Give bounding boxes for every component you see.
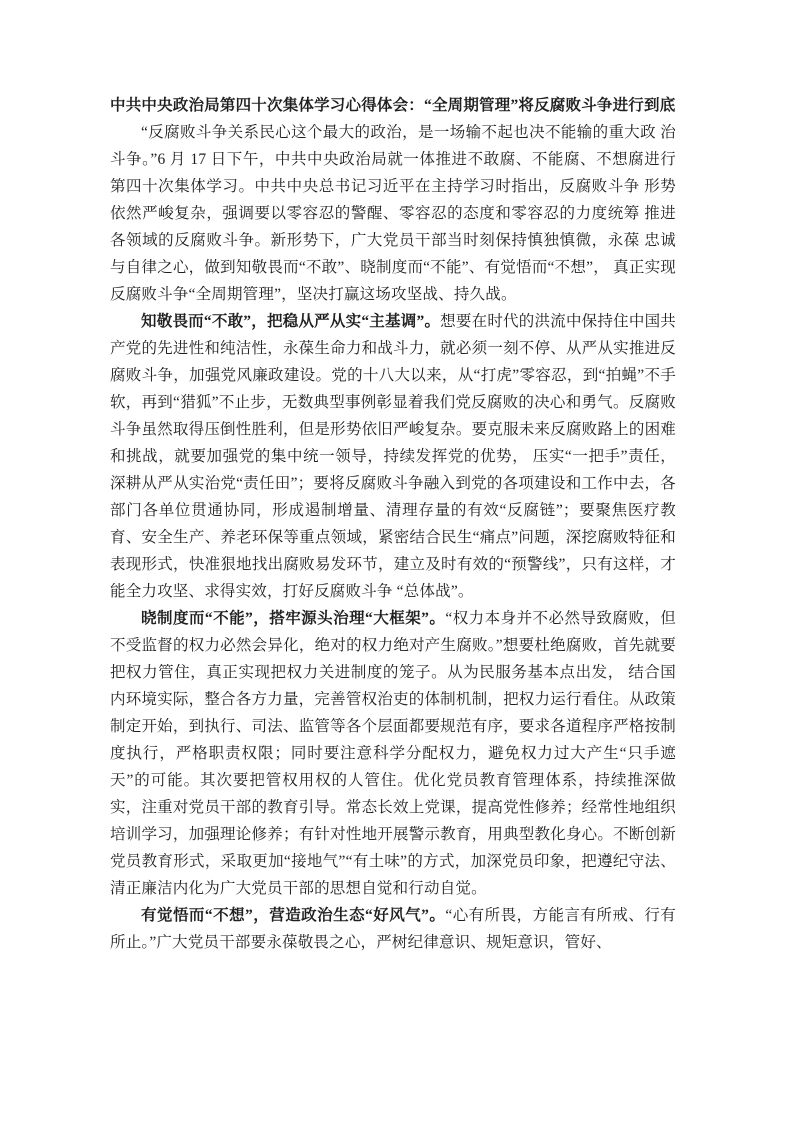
- paragraph-buneng-text: “权力本身并不必然导致腐败，但不受监督的权力必然会异化，绝对的权力绝对产生腐败。…: [110, 610, 676, 897]
- document-body: 中共中央政治局第四十次集体学习心得体会：“全周期管理”将反腐败斗争进行到底 “反…: [110, 92, 676, 956]
- paragraph-buneng: 晓制度而“不能”，搭牢源头治理“大框架”。“权力本身并不必然导致腐败，但不受监督…: [110, 605, 676, 902]
- paragraph-buxiang-lead: 有觉悟而“不想”，营造政治生态“好风气”。: [141, 907, 445, 924]
- paragraph-intro: “反腐败斗争关系民心这个最大的政治，是一场输不起也决不能输的重大政 治斗争。”6…: [110, 119, 676, 308]
- paragraph-buneng-lead: 晓制度而“不能”，搭牢源头治理“大框架”。: [141, 610, 445, 627]
- document-title: 中共中央政治局第四十次集体学习心得体会：“全周期管理”将反腐败斗争进行到底: [110, 92, 676, 119]
- paragraph-budui: 知敬畏而“不敢”，把稳从严从实“主基调”。想要在时代的洪流中保持住中国共产党的先…: [110, 308, 676, 605]
- paragraph-budui-lead: 知敬畏而“不敢”，把稳从严从实“主基调”。: [141, 313, 440, 330]
- paragraph-intro-text: “反腐败斗争关系民心这个最大的政治，是一场输不起也决不能输的重大政 治斗争。”6…: [110, 124, 676, 303]
- paragraph-buxiang: 有觉悟而“不想”，营造政治生态“好风气”。“心有所畏，方能言有所戒、行有所止。”…: [110, 902, 676, 956]
- document-page: 中共中央政治局第四十次集体学习心得体会：“全周期管理”将反腐败斗争进行到底 “反…: [0, 0, 794, 1122]
- paragraph-budui-text: 想要在时代的洪流中保持住中国共产党的先进性和纯洁性，永葆生命力和战斗力，就必须一…: [110, 313, 676, 600]
